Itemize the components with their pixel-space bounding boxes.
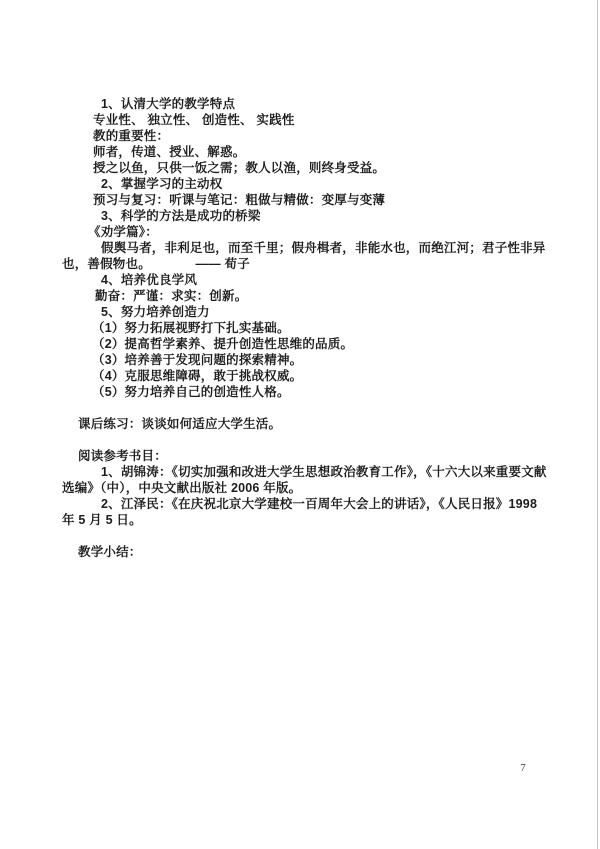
document-lines: 1、认清大学的教学特点专业性、 独立性、 创造性、 实践性教的重要性：师者，传道…	[62, 96, 548, 560]
text-line: 勤奋：严谨：求实：创新。	[62, 288, 548, 304]
text-line: （4）克服思维障碍，敢于挑战权威。	[62, 368, 548, 384]
text-line: 师者，传道、授业、解惑。	[62, 144, 548, 160]
blank-line	[62, 400, 548, 416]
text-line: 授之以鱼，只供一饭之需；教人以渔，则终身受益。	[62, 160, 548, 176]
text-line: 假舆马者，非利足也，而至千里；假舟楫者，非能水也，而绝江河；君子性非异	[62, 240, 548, 256]
text-line: 1、认清大学的教学特点	[62, 96, 548, 112]
text-line: 选编》（中），中央文献出版社 2006 年版。	[62, 480, 548, 496]
blank-line	[62, 432, 548, 448]
text-line: 《劝学篇》：	[62, 224, 548, 240]
text-line: （2）提高哲学素养、提升创造性思维的品质。	[62, 336, 548, 352]
text-line: （3）培养善于发现问题的探索精神。	[62, 352, 548, 368]
text-line: 5、努力培养创造力	[62, 304, 548, 320]
text-line: 阅读参考书目：	[62, 448, 548, 464]
text-line: 教的重要性：	[62, 128, 548, 144]
text-line: 专业性、 独立性、 创造性、 实践性	[62, 112, 548, 128]
scanned-document-page: 1、认清大学的教学特点专业性、 独立性、 创造性、 实践性教的重要性：师者，传道…	[0, 0, 600, 849]
text-line: 2、江泽民：《在庆祝北京大学建校一百周年大会上的讲话》，《人民日报》1998	[62, 496, 548, 512]
page-number: 7	[517, 761, 529, 775]
text-line: 也，善假物也。 —— 荀子	[62, 256, 548, 272]
text-line: （5）努力培养自己的创造性人格。	[62, 384, 548, 400]
text-line: 3、科学的方法是成功的桥梁	[62, 208, 548, 224]
text-line: 2、掌握学习的主动权	[62, 176, 548, 192]
text-line: 4、培养优良学风	[62, 272, 548, 288]
text-line: 课后练习：谈谈如何适应大学生活。	[62, 416, 548, 432]
text-line: 教学小结：	[62, 544, 548, 560]
text-line: 年 5 月 5 日。	[62, 512, 548, 528]
blank-line	[62, 528, 548, 544]
text-line: 预习与复习：听课与笔记：粗做与精做：变厚与变薄	[62, 192, 548, 208]
text-line: （1）努力拓展视野打下扎实基础。	[62, 320, 548, 336]
text-line: 1、胡锦涛：《切实加强和改进大学生思想政治教育工作》，《十六大以来重要文献	[62, 464, 548, 480]
scan-edge-artifact	[597, 0, 598, 849]
